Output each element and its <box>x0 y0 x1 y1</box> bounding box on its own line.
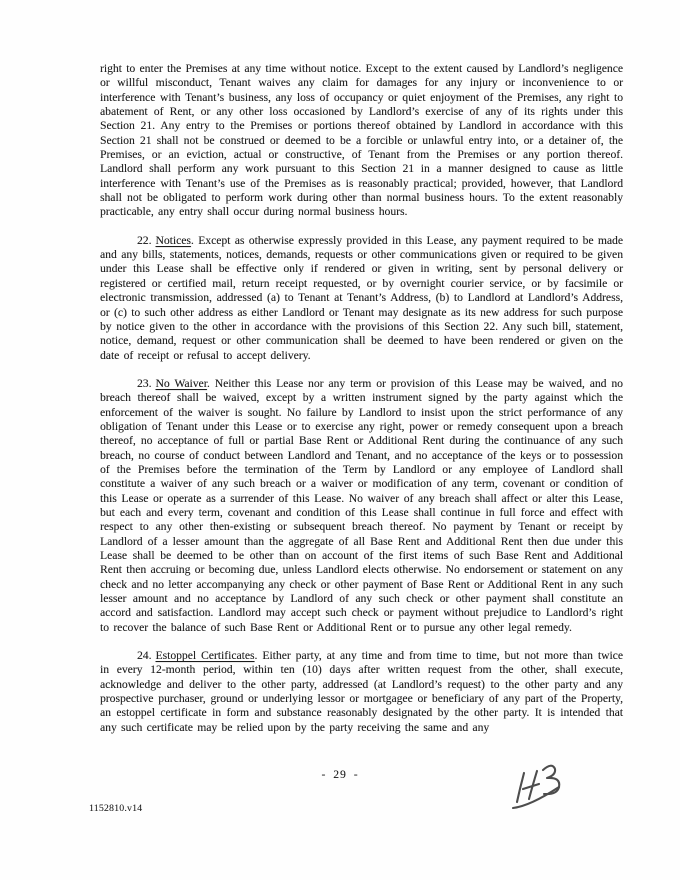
section-24-estoppel-certificates-paragraph: 24.Estoppel Certificates. Either party, … <box>100 649 623 735</box>
body-text: right to enter the Premises at any time … <box>100 62 623 735</box>
section-22-heading: Notices <box>156 234 191 247</box>
handwritten-initials-mark <box>508 762 572 814</box>
section-23-number: 23. <box>137 377 152 390</box>
scanned-lease-page: right to enter the Premises at any time … <box>0 0 680 880</box>
section-24-number: 24. <box>137 649 152 662</box>
section-23-no-waiver-paragraph: 23.No Waiver. Neither this Lease nor any… <box>100 377 623 635</box>
section-22-notices-paragraph: 22.Notices. Except as otherwise expressl… <box>100 234 623 363</box>
section-23-body: Neither this Lease nor any term or provi… <box>100 377 623 634</box>
section-23-heading: No Waiver <box>156 377 207 390</box>
section-22-body: Except as otherwise expressly provided i… <box>100 234 623 362</box>
section-21-continuation-paragraph: right to enter the Premises at any time … <box>100 62 623 220</box>
page-number: - 29 - <box>0 768 680 781</box>
document-version-id: 1152810.v14 <box>89 803 142 814</box>
section-22-number: 22. <box>137 234 152 247</box>
section-24-heading: Estoppel Certificates <box>156 649 255 662</box>
